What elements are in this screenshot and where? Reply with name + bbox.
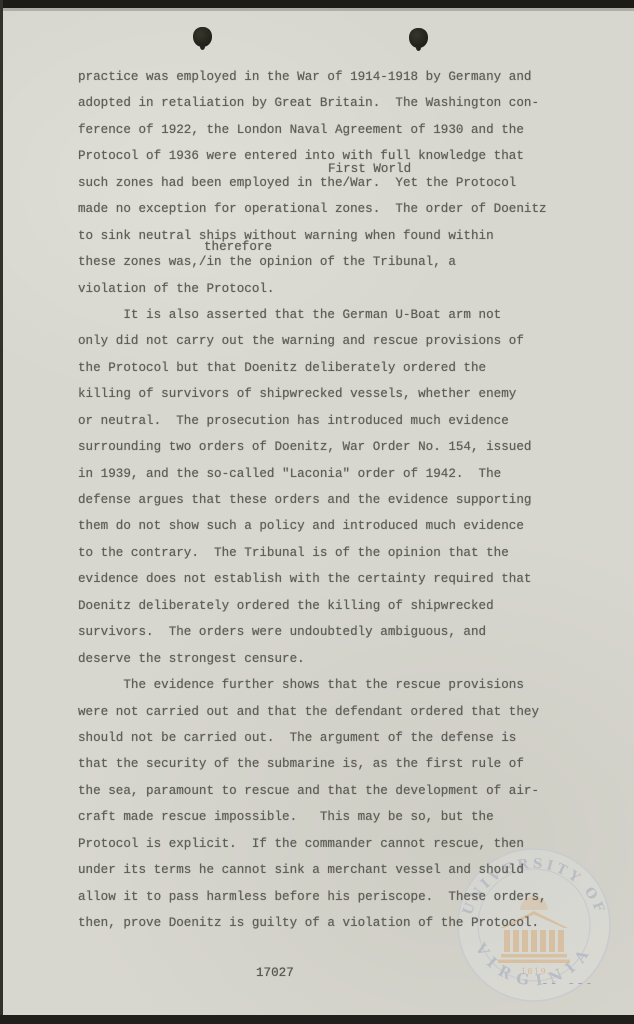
- text-line: killing of survivors of shipwrecked vess…: [78, 381, 578, 407]
- text-line: the sea, paramount to rescue and that th…: [78, 778, 578, 804]
- text-line: then, prove Doenitz is guilty of a viola…: [78, 910, 578, 936]
- text-line: surrounding two orders of Doenitz, War O…: [78, 434, 578, 460]
- text-line: practice was employed in the War of 1914…: [78, 64, 578, 90]
- scanner-edge-top: [0, 0, 634, 8]
- inserted-text-first-world: First World: [328, 162, 411, 176]
- seal-year: 1819: [521, 967, 547, 976]
- text-line: allow it to pass harmless before his per…: [78, 884, 578, 910]
- text-line: to sink neutral ships without warning wh…: [78, 223, 578, 249]
- text-line: in 1939, and the so-called "Laconia" ord…: [78, 461, 578, 487]
- text-line: that the security of the submarine is, a…: [78, 751, 578, 777]
- text-line: to the contrary. The Tribunal is of the …: [78, 540, 578, 566]
- text-line: survivors. The orders were undoubtedly a…: [78, 619, 578, 645]
- text-line: defense argues that these orders and the…: [78, 487, 578, 513]
- scanner-edge-top-shadow: [0, 8, 634, 11]
- text-line: Protocol is explicit. If the commander c…: [78, 831, 578, 857]
- text-line: deserve the strongest censure.: [78, 646, 578, 672]
- text-line: adopted in retaliation by Great Britain.…: [78, 90, 578, 116]
- text-line: under its terms he cannot sink a merchan…: [78, 857, 578, 883]
- punch-hole-right: [409, 28, 428, 48]
- text-line: only did not carry out the warning and r…: [78, 328, 578, 354]
- text-line: Doenitz deliberately ordered the killing…: [78, 593, 578, 619]
- inserted-text-therefore: therefore: [204, 240, 272, 254]
- punch-hole-left: [193, 27, 212, 47]
- text-line: craft made rescue impossible. This may b…: [78, 804, 578, 830]
- text-line: the Protocol but that Doenitz deliberate…: [78, 355, 578, 381]
- text-line: should not be carried out. The argument …: [78, 725, 578, 751]
- page-number: 17027: [256, 966, 294, 980]
- scanner-edge-left: [0, 0, 3, 1024]
- text-line: made no exception for operational zones.…: [78, 196, 578, 222]
- text-line: The evidence further shows that the resc…: [78, 672, 578, 698]
- document-text: practice was employed in the War of 1914…: [78, 64, 578, 936]
- scanner-edge-bottom: [0, 1015, 634, 1024]
- text-line: violation of the Protocol.: [78, 276, 578, 302]
- text-line: or neutral. The prosecution has introduc…: [78, 408, 578, 434]
- text-line: these zones was,/in the opinion of the T…: [78, 249, 578, 275]
- text-line: ference of 1922, the London Naval Agreem…: [78, 117, 578, 143]
- text-line: evidence does not establish with the cer…: [78, 566, 578, 592]
- typed-dashes: -- ---: [541, 976, 594, 991]
- scan-page: UNIVERSITY OF VIRGINIA 1819 practice was…: [0, 0, 634, 1024]
- text-line: were not carried out and that the defend…: [78, 699, 578, 725]
- text-line: It is also asserted that the German U-Bo…: [78, 302, 578, 328]
- text-line: them do not show such a policy and intro…: [78, 513, 578, 539]
